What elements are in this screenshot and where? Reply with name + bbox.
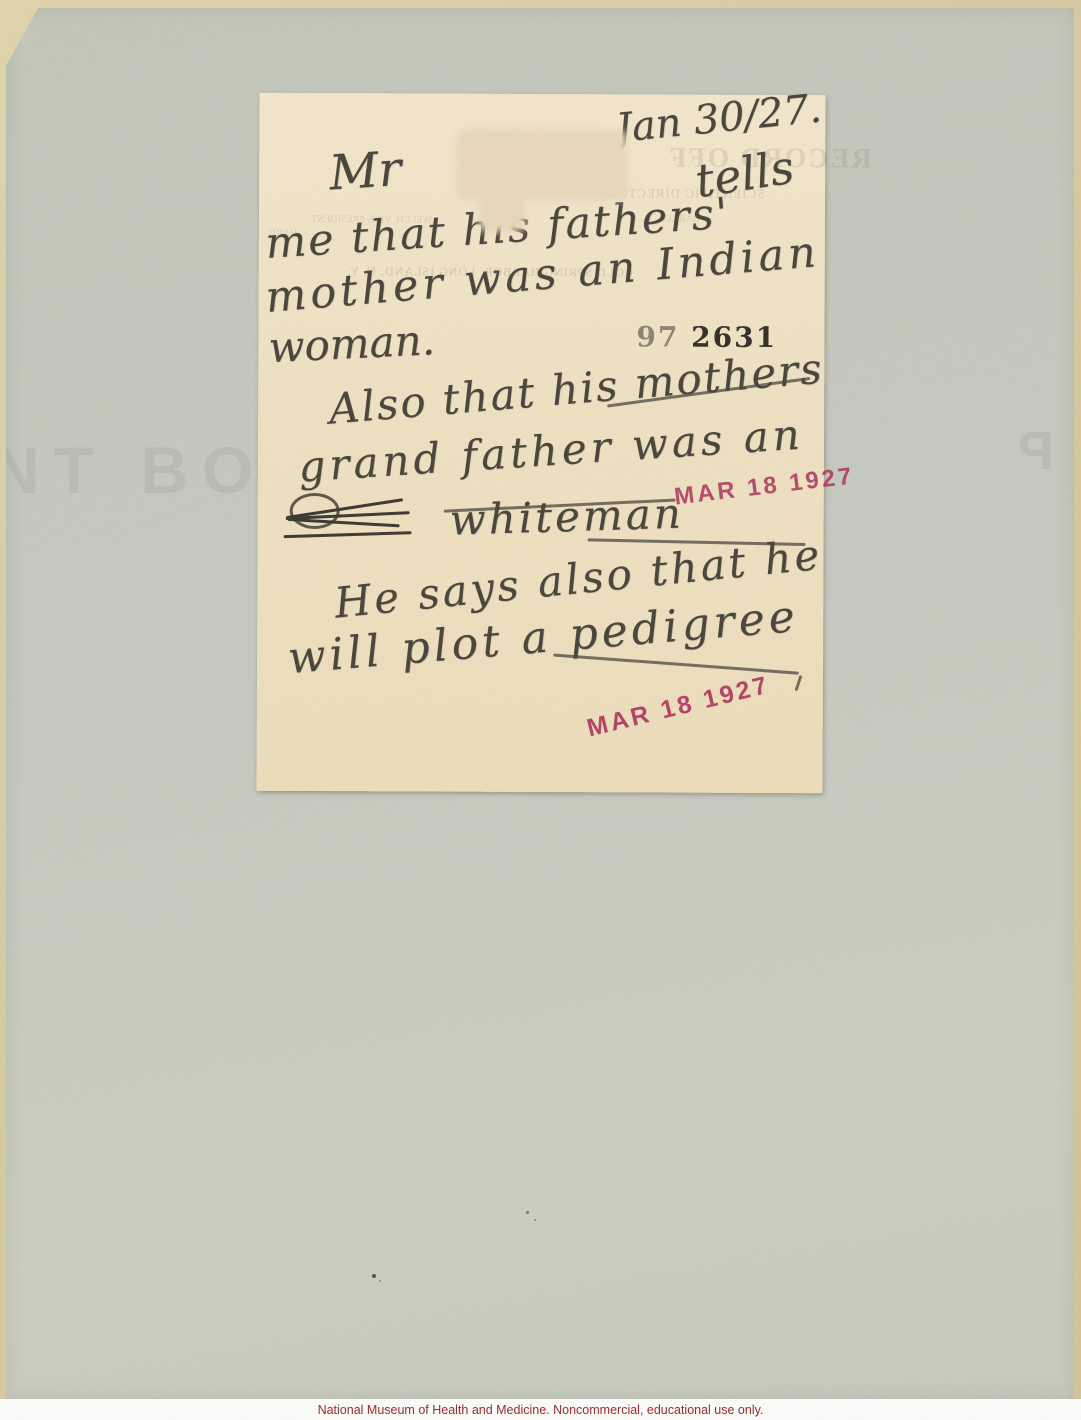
- speck: [526, 1211, 529, 1214]
- caption-bar: National Museum of Health and Medicine. …: [0, 1399, 1081, 1420]
- scribble-stroke: [284, 531, 412, 538]
- caption-text: National Museum of Health and Medicine. …: [318, 1403, 764, 1417]
- watermark-left-fragment: NT BO: [0, 432, 267, 508]
- handwriting-mr: Mr: [328, 145, 403, 198]
- watermark-right-fragment: P: [1018, 420, 1054, 482]
- speck: [372, 1274, 376, 1278]
- redaction-blur: [463, 136, 621, 195]
- redaction-blur: [485, 194, 519, 226]
- pencil-tick: [795, 675, 803, 691]
- handwriting-line-whiteman: whiteman: [449, 493, 684, 542]
- date-stamp-2: MAR 18 1927: [584, 671, 773, 744]
- note-paper: RECORD OFF SCIENTIFIC DIRECTORS WELCH, V…: [256, 93, 825, 793]
- handwritten-date: Jan 30/27.: [614, 89, 823, 149]
- handwriting-line: woman.: [268, 319, 436, 369]
- accession-prefix: 97: [636, 320, 679, 353]
- scanned-document: NT BO P RECORD OFF SCIENTIFIC DIRECTORS …: [0, 0, 1081, 1420]
- speck: [379, 1280, 381, 1282]
- speck: [534, 1219, 536, 1221]
